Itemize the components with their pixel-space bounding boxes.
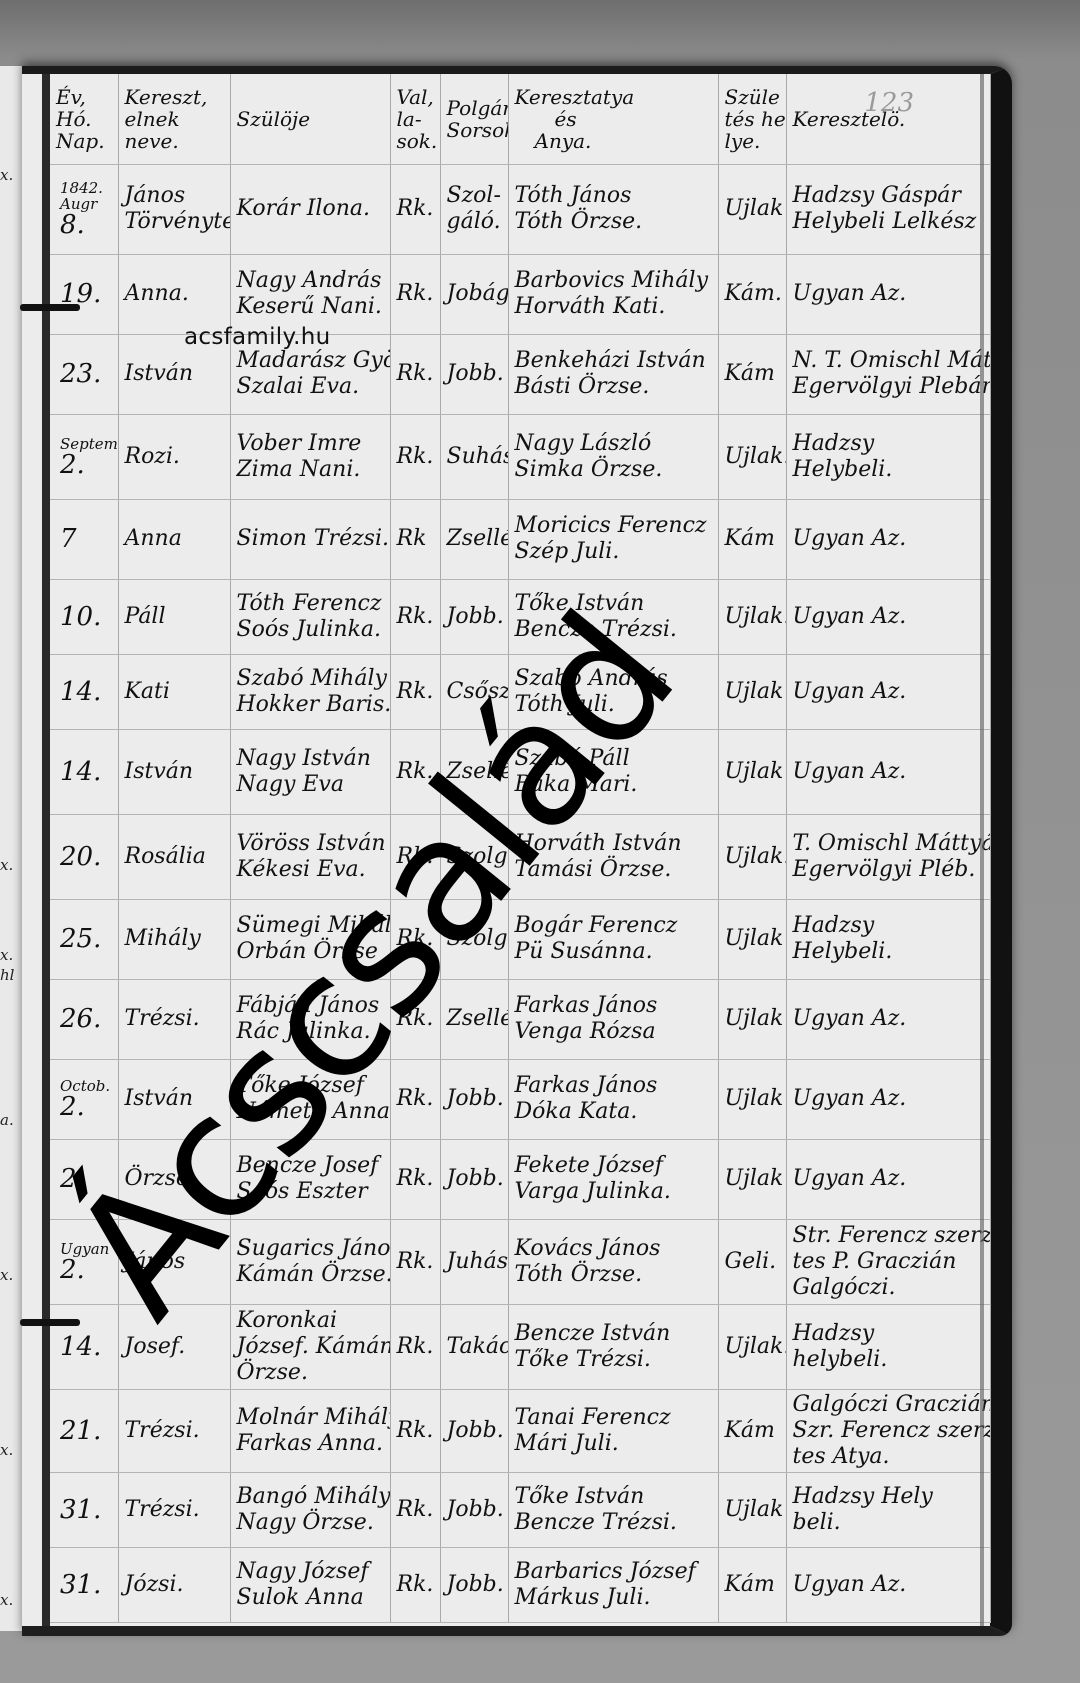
godparents-line: Farkas János [515, 993, 712, 1019]
godparents-cell: Tóth JánosTóth Örzse. [508, 164, 718, 254]
parents-line: Sulok Anna [237, 1585, 384, 1611]
day-number: 26. [60, 1004, 101, 1034]
parents-line: Nagy Eva [237, 772, 384, 798]
child-name: Páll [118, 579, 230, 654]
godparents-line: Simka Örzse. [515, 457, 712, 483]
birthplace-cell: Kám [718, 1389, 786, 1472]
godparents-line: Tóth Örzse. [515, 1262, 712, 1288]
left-page-fragment: x. [0, 1591, 13, 1609]
baptizer-cell: HadzsyHelybeli. [786, 899, 990, 979]
religion-cell: Rk. [390, 1389, 440, 1472]
parents-cell: Nagy AndrásKeserű Nani. [230, 254, 390, 334]
godparents-line: Mári Juli. [515, 1431, 712, 1457]
parents-line: József. Kámán [237, 1334, 384, 1360]
godparents-cell: Farkas JánosDóka Kata. [508, 1059, 718, 1139]
entry-date: 7 [50, 499, 118, 579]
entry-date: 1842. Augr8. [50, 164, 118, 254]
baptizer-line: Ugyan Az. [793, 1006, 984, 1032]
godparents-line: Venga Rózsa [515, 1019, 712, 1045]
godparents-line: Farkas János [515, 1073, 712, 1099]
baptizer-line: Hadzsy [793, 431, 984, 457]
birthplace-cell: Ujlak. [718, 414, 786, 499]
baptizer-line: Ugyan Az. [793, 526, 984, 552]
parents-line: Vober Imre [237, 431, 384, 457]
header-baptizer: Keresztelö. [786, 74, 990, 164]
godparents-line: Pü Susánna. [515, 939, 712, 965]
left-page-fragment: x. [0, 946, 13, 964]
birthplace-cell: Ujlak [718, 164, 786, 254]
baptizer-line: Ugyan Az. [793, 679, 984, 705]
status-cell: Jobb. [440, 1139, 508, 1219]
status-cell: Jobb. [440, 579, 508, 654]
parents-line: Koronkai [237, 1308, 384, 1334]
baptizer-cell: Ugyan Az. [786, 1059, 990, 1139]
header-birthplace: Születés he,lye. [718, 74, 786, 164]
baptizer-cell: Ugyan Az. [786, 654, 990, 729]
godparents-cell: Barbarics JózsefMárkus Juli. [508, 1547, 718, 1622]
birthplace-cell: Ujlak [718, 899, 786, 979]
parents-cell: Molnár MihályFarkas Anna. [230, 1389, 390, 1472]
baptizer-line: Egervölgyi Pléb. [793, 857, 984, 883]
religion-cell: Rk. [390, 1219, 440, 1304]
baptizer-line: Str. Ferencz szerze- [793, 1223, 984, 1249]
godparents-line: Bogár Ferencz [515, 913, 712, 939]
parents-line: Korár Ilona. [237, 196, 384, 222]
register-entry-row: 31.Józsi.Nagy JózsefSulok AnnaRk.Jobb.Ba… [50, 1547, 990, 1622]
left-page-fragment: x. [0, 1441, 13, 1459]
godparents-cell: Bencze IstvánTőke Trézsi. [508, 1304, 718, 1389]
baptizer-cell: Ugyan Az. [786, 579, 990, 654]
birthplace-cell: Ujlak. [718, 1304, 786, 1389]
baptizer-line: N. T. Omischl Máttyás [793, 348, 984, 374]
entry-date: 14. [50, 1304, 118, 1389]
godparents-line: Horváth Kati. [515, 294, 712, 320]
religion-cell: Rk. [390, 579, 440, 654]
child-name: Trézsi. [118, 1389, 230, 1472]
day-number: 25. [60, 924, 101, 954]
baptizer-line: Szr. Ferencz szerze- [793, 1418, 984, 1444]
parents-cell: Nagy JózsefSulok Anna [230, 1547, 390, 1622]
baptizer-line: helybeli. [793, 1347, 984, 1373]
godparents-line: Bencze István [515, 1321, 712, 1347]
religion-cell: Rk. [390, 164, 440, 254]
entry-date: Septemb.2. [50, 414, 118, 499]
birthplace-cell: Ujlak [718, 979, 786, 1059]
baptizer-line: Ugyan Az. [793, 1572, 984, 1598]
parents-line: Keserű Nani. [237, 294, 384, 320]
godparents-line: Fekete József [515, 1153, 712, 1179]
parents-cell: Szabó MihályHokker Baris. [230, 654, 390, 729]
godparents-cell: Barbovics MihályHorváth Kati. [508, 254, 718, 334]
parents-line: Tóth Ferencz [237, 591, 384, 617]
day-number: 14. [60, 1332, 101, 1362]
parents-line: Nagy András [237, 268, 384, 294]
godparents-line: Tóth Örzse. [515, 209, 712, 235]
baptizer-line: Ugyan Az. [793, 1086, 984, 1112]
religion-cell: Rk. [390, 254, 440, 334]
baptizer-line: Hadzsy [793, 1321, 984, 1347]
status-cell: Takács [440, 1304, 508, 1389]
baptizer-line: beli. [793, 1510, 984, 1536]
godparents-line: Bencze Trézsi. [515, 1510, 712, 1536]
left-page-fragment: x. [0, 166, 13, 184]
status-cell: Jobb. [440, 1059, 508, 1139]
baptizer-line: Egervölgyi Plebános. [793, 374, 984, 400]
baptizer-cell: Hadzsy Helybeli. [786, 1472, 990, 1547]
entry-date: Octob.2. [50, 1059, 118, 1139]
day-number: 31. [60, 1495, 101, 1525]
baptizer-cell: Hadzsyhelybeli. [786, 1304, 990, 1389]
header-child-name: Kereszt,elnekneve. [118, 74, 230, 164]
baptizer-line: tes Atya. [793, 1444, 984, 1470]
godparents-line: Básti Örzse. [515, 374, 712, 400]
day-number: 20. [60, 842, 101, 872]
godparents-line: Barbovics Mihály [515, 268, 712, 294]
godparents-line: Tőke István [515, 1484, 712, 1510]
header-parents: Szülöje [230, 74, 390, 164]
day-number: 2. [60, 450, 85, 480]
header-godparents: KeresztatyaésAnya. [508, 74, 718, 164]
register-entry-row: 19.Anna.Nagy AndrásKeserű Nani.Rk.Jobágy… [50, 254, 990, 334]
birthplace-cell: Ujlak [718, 654, 786, 729]
godparents-line: Tanai Ferencz [515, 1405, 712, 1431]
left-page-fragment: hl [0, 966, 14, 984]
parents-line: Szabó Mihály [237, 666, 384, 692]
register-entry-row: Septemb.2.Rozi.Vober ImreZima Nani.Rk.Su… [50, 414, 990, 499]
godparents-line: Kovács János [515, 1236, 712, 1262]
godparents-cell: Tanai FerenczMári Juli. [508, 1389, 718, 1472]
child-name: Mihály [118, 899, 230, 979]
godparents-line: Tőke Trézsi. [515, 1347, 712, 1373]
binding-line [42, 74, 50, 1626]
baptizer-cell: Ugyan Az. [786, 729, 990, 814]
entry-date: 31. [50, 1547, 118, 1622]
baptizer-line: Galgóczi. [793, 1275, 984, 1301]
baptizer-line: Ugyan Az. [793, 1166, 984, 1192]
parents-line: Bangó Mihály [237, 1484, 384, 1510]
religion-cell: Rk [390, 499, 440, 579]
day-number: 8. [60, 210, 85, 240]
baptizer-line: Ugyan Az. [793, 604, 984, 630]
baptizer-line: Hadzsy Gáspár [793, 183, 984, 209]
day-number: 23. [60, 359, 101, 389]
day-number: 10. [60, 602, 101, 632]
register-entry-row: 31.Trézsi.Bangó MihályNagy Örzse.Rk.Jobb… [50, 1472, 990, 1547]
baptizer-line: tes P. Graczián [793, 1249, 984, 1275]
baptizer-cell: Ugyan Az. [786, 979, 990, 1059]
entry-date: 21. [50, 1389, 118, 1472]
baptizer-cell: Str. Ferencz szerze-tes P. GracziánGalgó… [786, 1219, 990, 1304]
entry-date: 14. [50, 729, 118, 814]
godparents-cell: Nagy LászlóSimka Örzse. [508, 414, 718, 499]
parents-line: Örzse. [237, 1360, 384, 1386]
godparents-cell: Benkeházi IstvánBásti Örzse. [508, 334, 718, 414]
religion-cell: Rk. [390, 1304, 440, 1389]
parents-cell: Nagy IstvánNagy Eva [230, 729, 390, 814]
entry-date: 19. [50, 254, 118, 334]
child-name: István [118, 729, 230, 814]
baptizer-cell: Ugyan Az. [786, 499, 990, 579]
register-entry-row: 21.Trézsi.Molnár MihályFarkas Anna.Rk.Jo… [50, 1389, 990, 1472]
day-number: 21. [60, 1416, 101, 1446]
status-cell: Jobágy [440, 254, 508, 334]
status-cell: Juhász [440, 1219, 508, 1304]
header-date: Év,Hó.Nap. [50, 74, 118, 164]
status-cell: Szol-gáló. [440, 164, 508, 254]
baptizer-cell: Ugyan Az. [786, 1547, 990, 1622]
birthplace-cell: Ujlak [718, 729, 786, 814]
baptizer-line: Galgóczi Graczián [793, 1392, 984, 1418]
birthplace-cell: Ujlak [718, 1139, 786, 1219]
parents-cell: KoronkaiJózsef. KámánÖrzse. [230, 1304, 390, 1389]
register-entry-row: 1842. Augr8.János TörvénytelesKorár Ilon… [50, 164, 990, 254]
godparents-line: Benkeházi István [515, 348, 712, 374]
birthplace-cell: Ujlak [718, 1059, 786, 1139]
parents-line: Szalai Eva. [237, 374, 384, 400]
birthplace-cell: Kám [718, 1547, 786, 1622]
baptizer-line: Hadzsy Hely [793, 1484, 984, 1510]
baptizer-cell: HadzsyHelybeli. [786, 414, 990, 499]
day-number: 31. [60, 1570, 101, 1600]
entry-date: 10. [50, 579, 118, 654]
baptizer-line: Ugyan Az. [793, 759, 984, 785]
child-name: Rozi. [118, 414, 230, 499]
godparents-line: Dóka Kata. [515, 1099, 712, 1125]
entry-date: 20. [50, 814, 118, 899]
day-number: 14. [60, 757, 101, 787]
parents-line: Molnár Mihály [237, 1405, 384, 1431]
parents-line: Madarász György [237, 348, 384, 374]
baptizer-cell: Ugyan Az. [786, 1139, 990, 1219]
baptizer-cell: T. Omischl MáttyásEgervölgyi Pléb. [786, 814, 990, 899]
status-cell: Jobb. [440, 1472, 508, 1547]
parents-line: Hokker Baris. [237, 692, 384, 718]
baptizer-line: T. Omischl Máttyás [793, 831, 984, 857]
religion-cell: Rk. [390, 1139, 440, 1219]
birthplace-cell: Ujlak [718, 1472, 786, 1547]
birthplace-cell: Kám [718, 334, 786, 414]
godparents-line: Varga Julinka. [515, 1179, 712, 1205]
birthplace-cell: Geli. [718, 1219, 786, 1304]
status-cell: Suhász [440, 414, 508, 499]
godparents-line: Márkus Juli. [515, 1585, 712, 1611]
entry-date: 23. [50, 334, 118, 414]
left-page-fragment: x. [0, 856, 13, 874]
godparents-cell: Fekete JózsefVarga Julinka. [508, 1139, 718, 1219]
child-name: Trézsi. [118, 1472, 230, 1547]
parents-cell: Vober ImreZima Nani. [230, 414, 390, 499]
birthplace-cell: Ujlak. [718, 814, 786, 899]
godparents-line: Szép Juli. [515, 539, 712, 565]
godparents-line: Nagy László [515, 431, 712, 457]
godparents-cell: Farkas JánosVenga Rózsa [508, 979, 718, 1059]
baptizer-cell: Ugyan Az. [786, 254, 990, 334]
baptizer-cell: Galgóczi GracziánSzr. Ferencz szerze-tes… [786, 1389, 990, 1472]
baptizer-line: Ugyan Az. [793, 281, 984, 307]
child-name: Rosália [118, 814, 230, 899]
baptizer-line: Hadzsy [793, 913, 984, 939]
birthplace-cell: Ujlak. [718, 579, 786, 654]
parents-cell: Simon Trézsi. [230, 499, 390, 579]
status-cell: Zsellér [440, 499, 508, 579]
baptizer-cell: N. T. Omischl MáttyásEgervölgyi Plebános… [786, 334, 990, 414]
parents-line: Soós Julinka. [237, 617, 384, 643]
column-header-row: Év,Hó.Nap. Kereszt,elnekneve. Szülöje Va… [50, 74, 990, 164]
day-number: 19. [60, 279, 101, 309]
parents-line: Zima Nani. [237, 457, 384, 483]
religion-cell: Rk. [390, 1472, 440, 1547]
month-label: 1842. Augr [60, 180, 112, 212]
entry-date: 14. [50, 654, 118, 729]
godparents-cell: Moricics FerenczSzép Juli. [508, 499, 718, 579]
parents-line: Nagy Örzse. [237, 1510, 384, 1536]
baptizer-line: Helybeli. [793, 939, 984, 965]
parents-line: Nagy István [237, 746, 384, 772]
religion-cell: Rk. [390, 334, 440, 414]
godparents-cell: Kovács JánosTóth Örzse. [508, 1219, 718, 1304]
status-cell: Jobb. [440, 1547, 508, 1622]
entry-date: 25. [50, 899, 118, 979]
religion-cell: Rk. [390, 414, 440, 499]
status-cell: Jobb. [440, 334, 508, 414]
site-watermark: acsfamily.hu [184, 324, 331, 350]
day-number: 7 [60, 524, 77, 554]
godparents-line: Tóth János [515, 183, 712, 209]
birthplace-cell: Kám. [718, 254, 786, 334]
parents-line: Nagy József [237, 1559, 384, 1585]
day-number: 2. [60, 1092, 85, 1122]
child-name: Kati [118, 654, 230, 729]
baptizer-cell: Hadzsy GáspárHelybeli Lelkész [786, 164, 990, 254]
godparents-line: Barbarics József [515, 1559, 712, 1585]
child-name: Anna [118, 499, 230, 579]
religion-cell: Rk. [390, 654, 440, 729]
parents-cell: Korár Ilona. [230, 164, 390, 254]
left-page-fragment: a. [0, 1111, 14, 1129]
godparents-cell: Tőke IstvánBencze Trézsi. [508, 1472, 718, 1547]
child-name: Anna. [118, 254, 230, 334]
child-name: János Törvényteles [118, 164, 230, 254]
religion-cell: Rk. [390, 1547, 440, 1622]
parents-cell: Tóth FerenczSoós Julinka. [230, 579, 390, 654]
status-cell: Jobb. [440, 1389, 508, 1472]
entry-date: 31. [50, 1472, 118, 1547]
header-status: PolgáriSorsok. [440, 74, 508, 164]
header-religion: Val,la-sok. [390, 74, 440, 164]
baptizer-line: Helybeli Lelkész [793, 209, 984, 235]
parents-cell: Bangó MihályNagy Örzse. [230, 1472, 390, 1547]
parents-line: Simon Trézsi. [237, 526, 384, 552]
entry-date: 26. [50, 979, 118, 1059]
birthplace-cell: Kám [718, 499, 786, 579]
parents-line: Farkas Anna. [237, 1431, 384, 1457]
register-entry-row: 7AnnaSimon Trézsi.RkZsellérMoricics Fere… [50, 499, 990, 579]
day-number: 14. [60, 677, 101, 707]
child-name: Józsi. [118, 1547, 230, 1622]
godparents-line: Moricics Ferencz [515, 513, 712, 539]
left-page-fragment: x. [0, 1266, 13, 1284]
baptizer-line: Helybeli. [793, 457, 984, 483]
